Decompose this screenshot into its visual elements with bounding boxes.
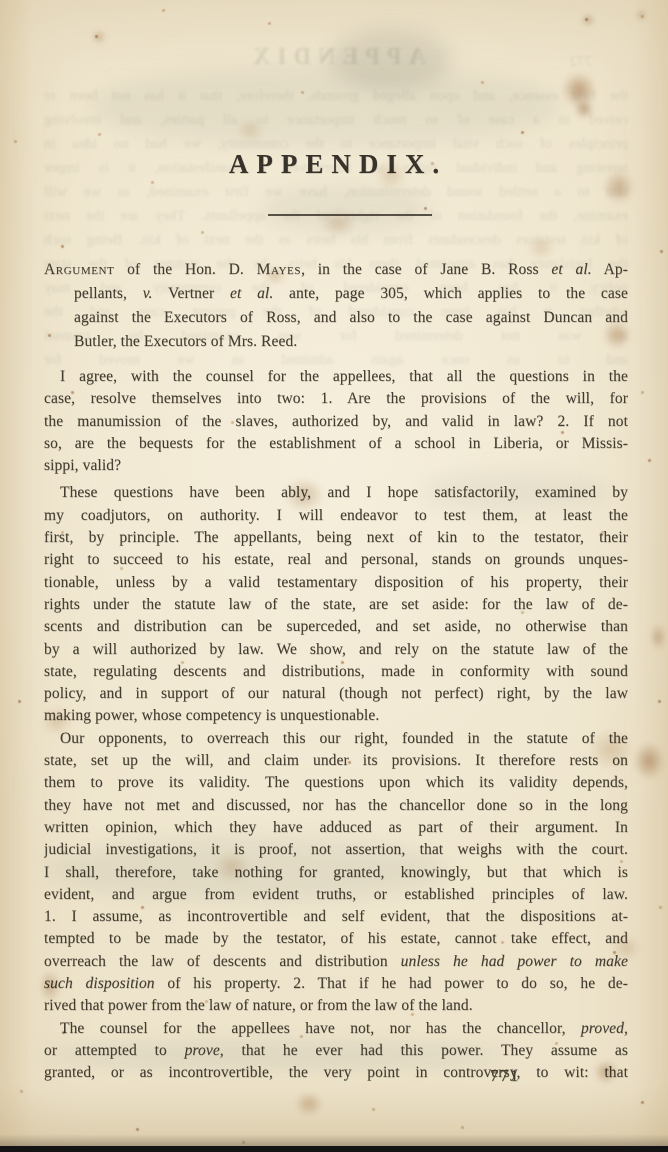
text-line: rived that power from the law of nature,… bbox=[44, 995, 628, 1017]
bleed-through-line: the first essence, and upon alleged grou… bbox=[44, 88, 628, 105]
foxing-stain bbox=[580, 12, 596, 28]
argument-heading-paragraph: Argument of the Hon. D. Mayes, in the ca… bbox=[44, 258, 628, 354]
section-divider bbox=[268, 214, 432, 216]
text-line: I shall, therefore, take nothing for gra… bbox=[44, 862, 628, 884]
paragraph-2: These questions have been ably, and I ho… bbox=[44, 482, 628, 727]
scan-edge-shadow bbox=[0, 1134, 668, 1146]
bleed-through-line: ceived in a case of so much importance t… bbox=[44, 112, 628, 129]
foxing-stain bbox=[634, 8, 648, 22]
body-text: I agree, with the counsel for the appell… bbox=[44, 366, 628, 1085]
paragraph-4: The counsel for the appellees have not, … bbox=[44, 1018, 628, 1085]
foxing-stain bbox=[648, 620, 668, 654]
text-line: judicial investigations, it is proof, no… bbox=[44, 839, 628, 861]
text-line: state, regulating descents and distribut… bbox=[44, 661, 628, 683]
text-line: tempted to be made by the testator, of h… bbox=[44, 928, 628, 950]
bleed-through-line: examine, the foundation of the rights of… bbox=[44, 208, 628, 225]
text-line: sippi, valid? bbox=[44, 455, 628, 477]
foxing-specks bbox=[0, 0, 3, 3]
text-line: scents and distribution can be supercede… bbox=[44, 616, 628, 638]
foxing-stain bbox=[290, 1088, 328, 1120]
argument-block: Argument of the Hon. D. Mayes, in the ca… bbox=[44, 258, 628, 354]
bleed-through-line: tant to a settled sound determination, h… bbox=[44, 184, 628, 201]
text-line: they have not met and discussed, nor has… bbox=[44, 795, 628, 817]
text-line: case, resolve themselves into two: 1. Ar… bbox=[44, 388, 628, 410]
text-line: These questions have been ably, and I ho… bbox=[44, 482, 628, 504]
text-line: pellants, v. Vertner et al. ante, page 3… bbox=[44, 282, 628, 306]
text-line: making power, whose competency is unques… bbox=[44, 705, 628, 727]
text-line: policy, and in support of our natural (t… bbox=[44, 683, 628, 705]
scanned-book-page: APPENDIX 772 the first essence, and upon… bbox=[0, 0, 668, 1152]
text-line: overreach the law of descents and distri… bbox=[44, 951, 628, 973]
text-line: written opinion, which they have adduced… bbox=[44, 817, 628, 839]
paragraph-1: I agree, with the counsel for the appell… bbox=[44, 366, 628, 477]
bleed-through-heading: APPENDIX bbox=[44, 44, 628, 71]
page-number: 771 bbox=[490, 1066, 520, 1086]
text-line: Our opponents, to overreach this our rig… bbox=[44, 728, 628, 750]
bleed-through-line: of kin testators descendants from his he… bbox=[44, 232, 628, 249]
text-line: my coadjutors, on authority. I will ende… bbox=[44, 505, 628, 527]
text-line: I agree, with the counsel for the appell… bbox=[44, 366, 628, 388]
text-line: against the Executors of Ross, and also … bbox=[44, 306, 628, 330]
text-line: 1. I assume, as incontrovertible and sel… bbox=[44, 906, 628, 928]
text-line: Argument of the Hon. D. Mayes, in the ca… bbox=[44, 258, 628, 282]
text-line: The counsel for the appellees have not, … bbox=[44, 1018, 628, 1040]
scan-edge bbox=[0, 1146, 668, 1152]
paragraph-3: Our opponents, to overreach this our rig… bbox=[44, 728, 628, 1018]
text-line: evident, and argue from evident truths, … bbox=[44, 884, 628, 906]
bleed-through-page-number: 772 bbox=[570, 54, 593, 71]
text-line: so, are the bequests for the establishme… bbox=[44, 433, 628, 455]
text-line: Butler, the Executors of Mrs. Reed. bbox=[44, 330, 628, 354]
text-line: right to succeed to his estate, real and… bbox=[44, 549, 628, 571]
text-line: first, by principle. The appellants, bei… bbox=[44, 527, 628, 549]
text-line: rights under the statute law of the stat… bbox=[44, 594, 628, 616]
text-line: by a will authorized by law. We show, an… bbox=[44, 639, 628, 661]
text-line: the manumission of the slaves, authorize… bbox=[44, 411, 628, 433]
text-line: or attempted to prove, that he ever had … bbox=[44, 1040, 628, 1062]
text-line: them to prove its validity. The question… bbox=[44, 772, 628, 794]
foxing-stain bbox=[628, 736, 668, 786]
page-title: APPENDIX. bbox=[0, 149, 668, 180]
text-line: tionable, unless by a valid testamentary… bbox=[44, 572, 628, 594]
text-line: state, set up the will, and claim under … bbox=[44, 750, 628, 772]
text-line: granted, or as incontrovertible, the ver… bbox=[44, 1062, 628, 1084]
text-line: such disposition of his property. 2. Tha… bbox=[44, 973, 628, 995]
